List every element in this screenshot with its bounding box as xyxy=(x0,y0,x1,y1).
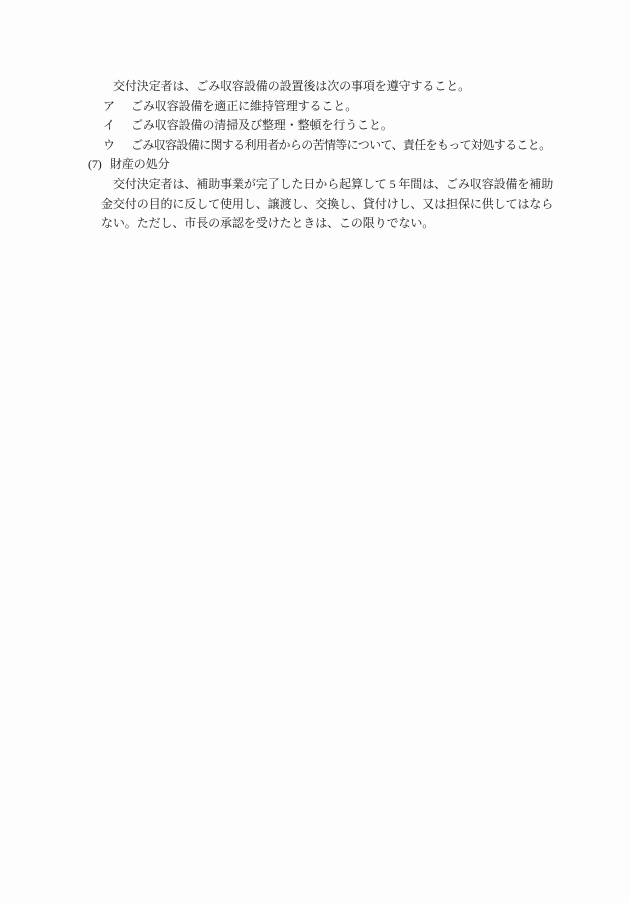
section-heading: (7)財産の処分 xyxy=(0,155,630,175)
section-title: 財産の処分 xyxy=(110,157,170,171)
intro-paragraph-line: 交付決定者は、ごみ収容設備の設置後は次の事項を遵守すること。 xyxy=(0,77,630,97)
section-number: (7) xyxy=(88,155,110,175)
list-item-i: イごみ収容設備の清掃及び整理・整頓を行うこと。 xyxy=(0,116,630,136)
list-item-a-label: ア xyxy=(103,97,131,117)
list-item-u-text: ごみ収容設備に関する利用者からの苦情等について、責任をもって対処すること。 xyxy=(131,138,550,152)
document-page: 交付決定者は、ごみ収容設備の設置後は次の事項を遵守すること。 アごみ収容設備を適… xyxy=(0,0,630,903)
list-item-u: ウごみ収容設備に関する利用者からの苦情等について、責任をもって対処すること。 xyxy=(0,136,630,156)
section-body-line-1: 交付決定者は、補助事業が完了した日から起算して 5 年間は、ごみ収容設備を補助 xyxy=(0,175,630,195)
section-body-line-2: 金交付の目的に反して使用し、譲渡し、交換し、貸付けし、又は担保に供してはなら xyxy=(0,195,630,215)
document-text-block: 交付決定者は、ごみ収容設備の設置後は次の事項を遵守すること。 アごみ収容設備を適… xyxy=(0,77,630,234)
list-item-i-label: イ xyxy=(103,116,131,136)
section-body-line-3: ない。ただし、市長の承認を受けたときは、この限りでない。 xyxy=(0,214,630,234)
list-item-a-text: ごみ収容設備を適正に維持管理すること。 xyxy=(131,99,357,113)
list-item-a: アごみ収容設備を適正に維持管理すること。 xyxy=(0,97,630,117)
list-item-u-label: ウ xyxy=(103,136,131,156)
list-item-i-text: ごみ収容設備の清掃及び整理・整頓を行うこと。 xyxy=(131,118,393,132)
